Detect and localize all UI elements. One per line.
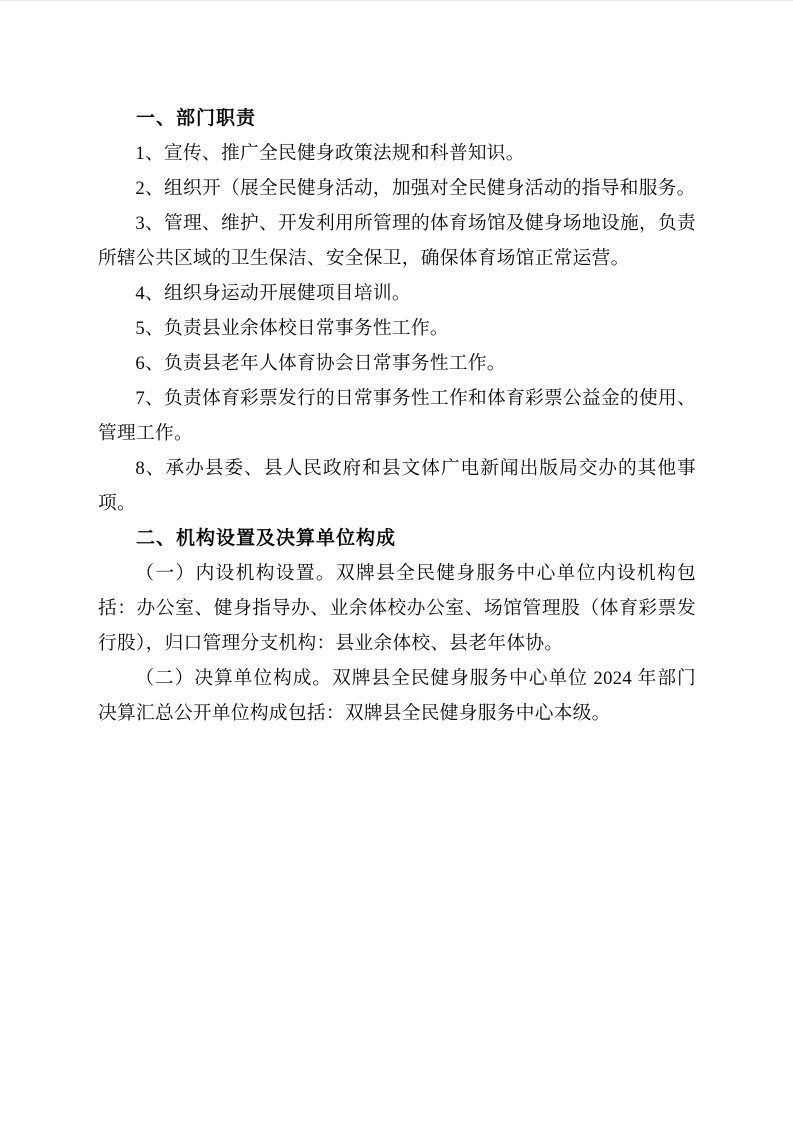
section-heading-organization: 二、机构设置及决算单位构成 [98, 521, 696, 556]
duty-item-5: 5、负责县业余体校日常事务性工作。 [98, 311, 696, 346]
section-department-duties: 一、部门职责 1、宣传、推广全民健身政策法规和科普知识。 2、组织开（展全民健身… [98, 101, 696, 521]
organization-item-1: （一）内设机构设置。双牌县全民健身服务中心单位内设机构包括：办公室、健身指导办、… [98, 556, 696, 661]
organization-item-2: （二）决算单位构成。双牌县全民健身服务中心单位 2024 年部门决算汇总公开单位… [98, 661, 696, 731]
duty-item-7: 7、负责体育彩票发行的日常事务性工作和体育彩票公益金的使用、管理工作。 [98, 381, 696, 451]
duty-item-4: 4、组织身运动开展健项目培训。 [98, 276, 696, 311]
document-page: { "page": { "background_color": "#ffffff… [0, 0, 793, 1122]
duty-item-1: 1、宣传、推广全民健身政策法规和科普知识。 [98, 136, 696, 171]
section-organization-structure: 二、机构设置及决算单位构成 （一）内设机构设置。双牌县全民健身服务中心单位内设机… [98, 521, 696, 731]
duty-item-3: 3、管理、维护、开发利用所管理的体育场馆及健身场地设施，负责所辖公共区域的卫生保… [98, 206, 696, 276]
duty-item-8: 8、承办县委、县人民政府和县文体广电新闻出版局交办的其他事项。 [98, 451, 696, 521]
section-heading-duties: 一、部门职责 [98, 101, 696, 136]
page-content: 一、部门职责 1、宣传、推广全民健身政策法规和科普知识。 2、组织开（展全民健身… [98, 101, 696, 731]
duty-item-6: 6、负责县老年人体育协会日常事务性工作。 [98, 346, 696, 381]
duty-item-2: 2、组织开（展全民健身活动，加强对全民健身活动的指导和服务。 [98, 171, 696, 206]
